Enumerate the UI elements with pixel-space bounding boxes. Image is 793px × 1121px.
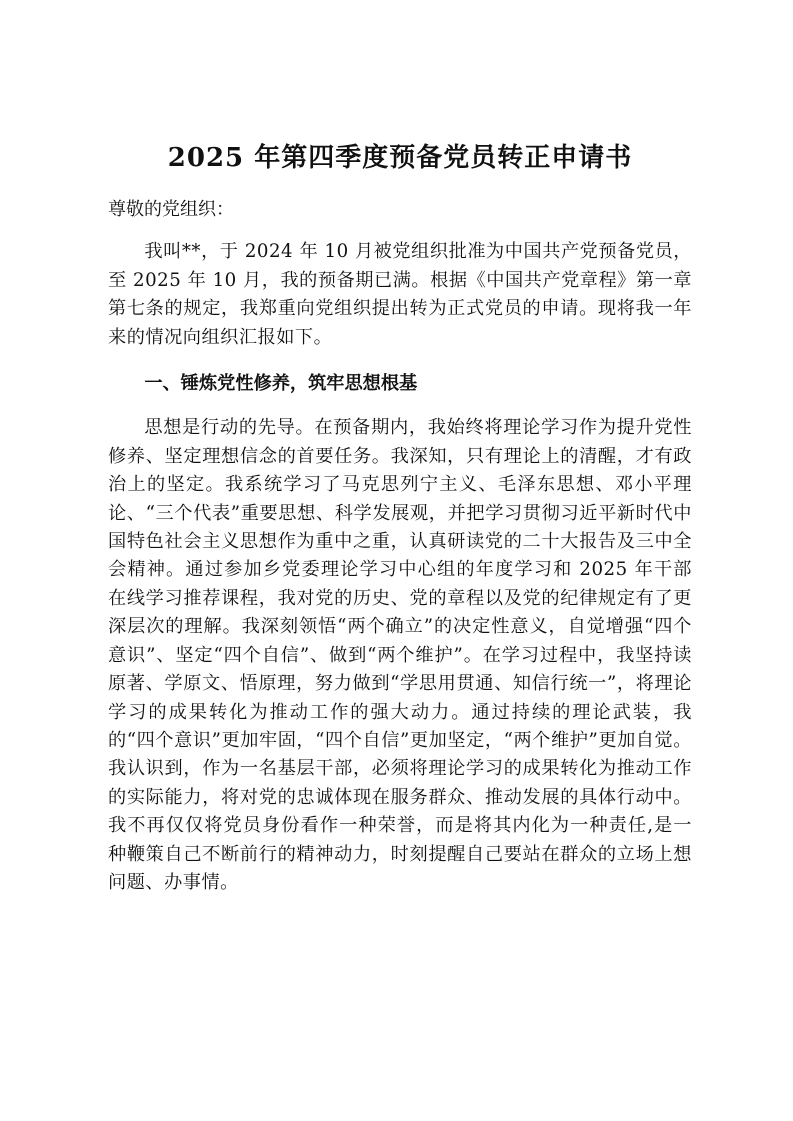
document-title: 2025 年第四季度预备党员转正申请书 [108,140,692,176]
salutation: 尊敬的党组织： [108,196,692,224]
section-heading: 一、锤炼党性修养，筑牢思想根基 [108,370,692,398]
intro-paragraph: 我叫**，于 2024 年 10 月被党组织批准为中国共产党预备党员，至 202… [108,238,692,352]
document-page: 2025 年第四季度预备党员转正申请书 尊敬的党组织： 我叫**，于 2024 … [108,140,692,897]
section-paragraph: 思想是行动的先导。在预备期内，我始终将理论学习作为提升党性修养、坚定理想信念的首… [108,414,692,897]
